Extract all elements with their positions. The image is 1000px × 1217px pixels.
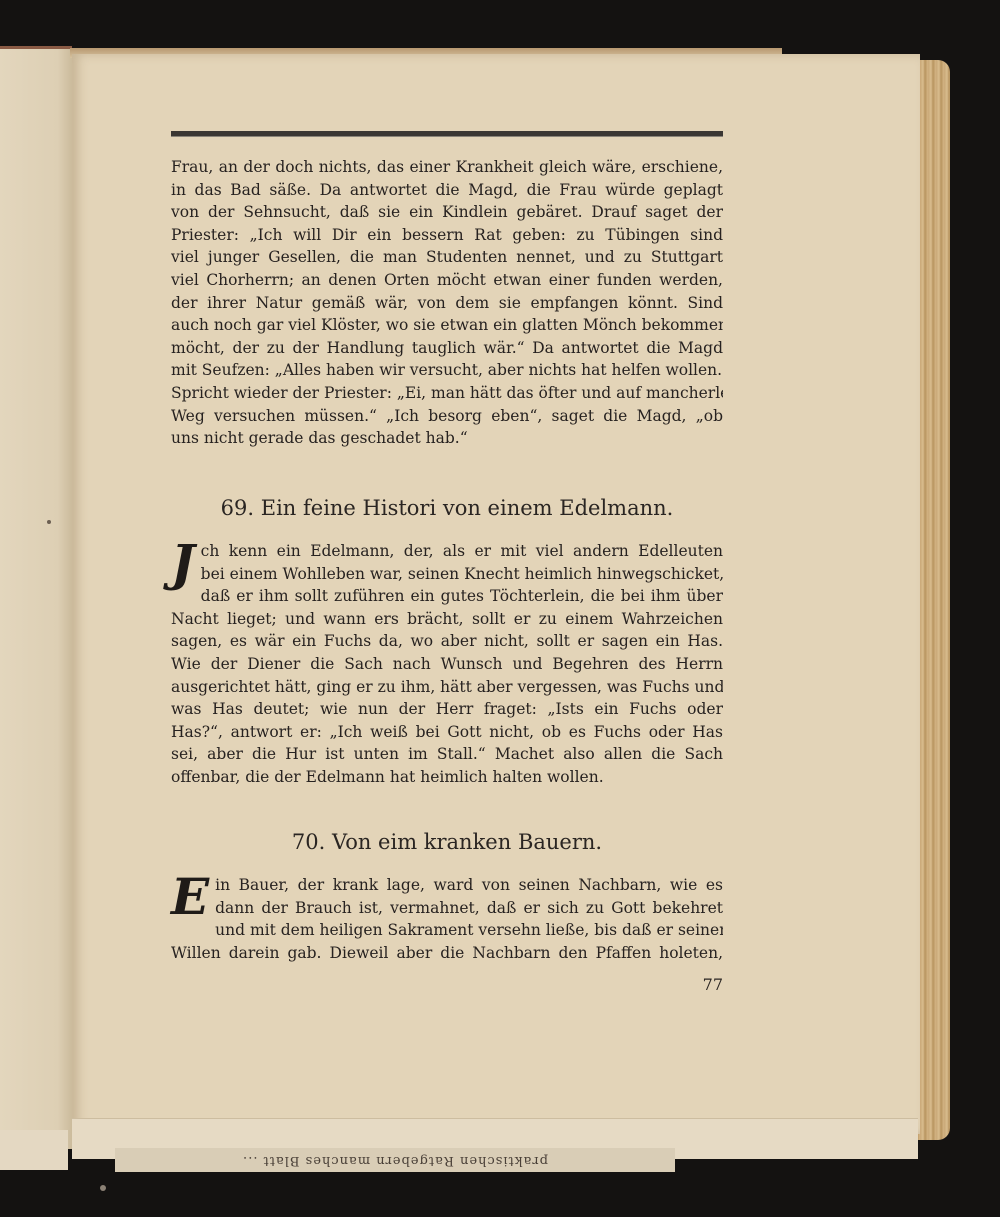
text-line: daß er ihm sollt zuführen ein gutes Töch…	[201, 585, 723, 608]
text-line: Priester: „Ich will Dir ein bessern Rat …	[171, 224, 723, 247]
text-line: in Bauer, der krank lage, ward von seine…	[215, 874, 723, 897]
text-line: Frau, an der doch nichts, das einer Kran…	[171, 156, 723, 179]
section-heading-69: 69. Ein feine Histori von einem Edelmann…	[171, 496, 723, 520]
paper-speck	[100, 1185, 106, 1191]
text-line: offenbar, die der Edelmann hat heimlich …	[171, 766, 723, 789]
section-69-body: J ch kenn ein Edelmann, der, als er mit …	[171, 540, 723, 789]
text-line: Spricht wieder der Priester: „Ei, man hä…	[171, 382, 723, 405]
text-line: Willen darein gab. Dieweil aber die Nach…	[171, 942, 723, 965]
text-line: von der Sehnsucht, daß sie ein Kindlein …	[171, 201, 723, 224]
text-line: sagen, es wär ein Fuchs da, wo aber nich…	[171, 630, 723, 653]
text-line: und mit dem heiligen Sakrament versehn l…	[215, 919, 723, 942]
text-line: dann der Brauch ist, vermahnet, daß er s…	[215, 897, 723, 920]
drop-cap: J	[171, 542, 195, 586]
text-line: Nacht lieget; und wann ers brächt, sollt…	[171, 608, 723, 631]
page-number: 77	[680, 975, 723, 994]
text-line: Has?“, antwort er: „Ich weiß bei Gott ni…	[171, 721, 723, 744]
text-line: viel Chorherrn; an denen Orten möcht etw…	[171, 269, 723, 292]
text-line: Weg versuchen müssen.“ „Ich besorg eben“…	[171, 405, 723, 428]
text-line: ch kenn ein Edelmann, der, als er mit vi…	[201, 540, 723, 563]
paper-speck	[47, 520, 51, 524]
text-line: sei, aber die Hur ist unten im Stall.“ M…	[171, 743, 723, 766]
left-facing-page	[0, 46, 72, 1149]
text-line: möcht, der zu der Handlung tauglich wär.…	[171, 337, 723, 360]
text-line: in das Bad säße. Da antwortet die Magd, …	[171, 179, 723, 202]
section-70-body: E in Bauer, der krank lage, ward von sei…	[171, 874, 723, 964]
text-line: bei einem Wohlleben war, seinen Knecht h…	[201, 563, 723, 586]
intro-paragraph: Frau, an der doch nichts, das einer Kran…	[171, 156, 723, 450]
left-page-bottom	[0, 1130, 68, 1170]
text-line: auch noch gar viel Klöster, wo sie etwan…	[171, 314, 723, 337]
text-line: Wie der Diener die Sach nach Wunsch und …	[171, 653, 723, 676]
text-line: ausgerichtet hätt, ging er zu ihm, hätt …	[171, 676, 723, 699]
text-line: viel junger Gesellen, die man Studenten …	[171, 246, 723, 269]
text-line: der ihrer Natur gemäß wär, von dem sie e…	[171, 292, 723, 315]
text-line: mit Seufzen: „Alles haben wir versucht, …	[171, 359, 723, 382]
header-rule	[171, 131, 723, 137]
text-line: uns nicht gerade das geschadet hab.“	[171, 427, 723, 450]
section-heading-70: 70. Von eim kranken Bauern.	[171, 830, 723, 854]
drop-cap: E	[171, 876, 209, 920]
bottom-paper-scrap: praktischen Ratgebern manches Blatt ...	[115, 1148, 675, 1172]
text-line: was Has deutet; wie nun der Herr fraget:…	[171, 698, 723, 721]
